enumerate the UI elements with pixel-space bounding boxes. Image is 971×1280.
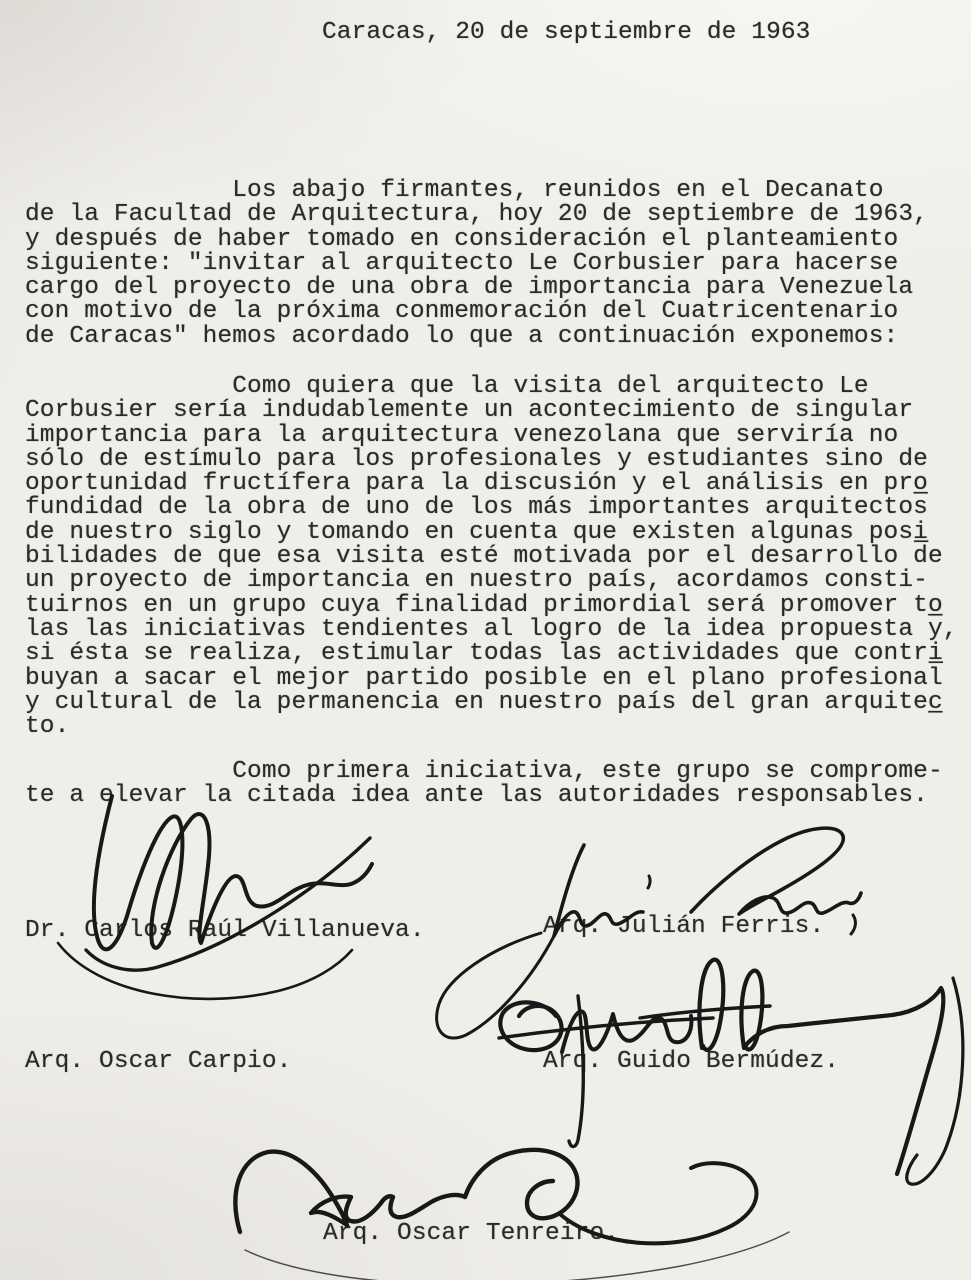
typed-name-villanueva: Dr. Carlos Raúl Villanueva.	[25, 919, 425, 943]
scanned-letter-page: Caracas, 20 de septiembre de 1963 Los ab…	[0, 0, 971, 1280]
typed-name-carpio: Arq. Oscar Carpio.	[25, 1050, 291, 1074]
tenreiro-signature	[235, 1150, 789, 1280]
typed-name-bermudez: Arq. Guido Bermúdez.	[543, 1050, 839, 1074]
typed-name-ferris: Arq. Julián Ferris.	[543, 915, 824, 939]
typed-name-tenreiro: Arq. Oscar Tenreiro.	[323, 1222, 619, 1246]
paragraph-body: Como quiera que la visita del arquitecto…	[25, 375, 958, 739]
paragraph-opening: Los abajo firmantes, reunidos en el Deca…	[25, 179, 928, 349]
date-line: Caracas, 20 de septiembre de 1963	[322, 21, 810, 45]
villanueva-signature	[58, 796, 372, 999]
paragraph-closing: Como primera iniciativa, este grupo se c…	[25, 760, 943, 809]
